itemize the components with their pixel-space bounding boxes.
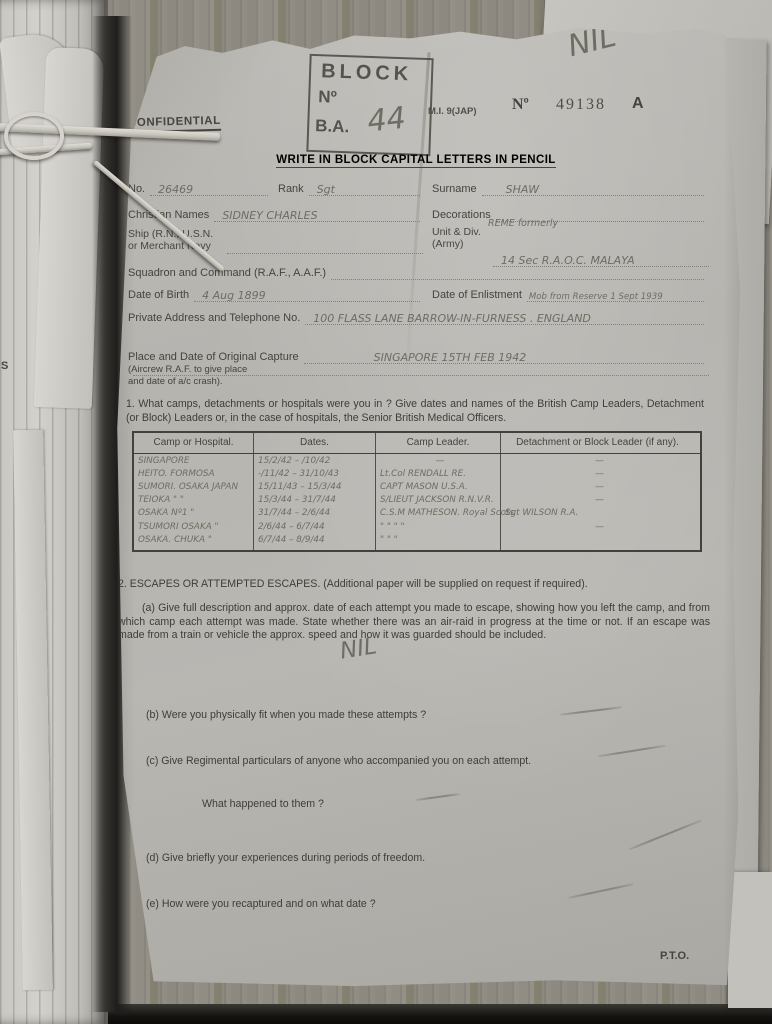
- q2b-text: (b) Were you physically fit when you mad…: [146, 709, 426, 723]
- under-sheet-bottom-right: [728, 872, 772, 1008]
- stamp-number-handwritten: 44: [366, 101, 408, 140]
- block-leader-cell: —: [505, 468, 694, 481]
- q2a-text: (a) Give full description and approx. da…: [118, 602, 710, 643]
- field-decorations: Decorations: [432, 206, 704, 222]
- block-leader-cell: —: [505, 481, 694, 494]
- leader-cell: S/LIEUT JACKSON R.N.V.R.: [380, 494, 500, 507]
- dates-cell: 6/7/44 – 8/9/44: [258, 534, 375, 547]
- column-leaders: — Lt.Col RENDALL RE. CAPT MASON U.S.A. S…: [376, 454, 501, 550]
- decorations-label: Decorations: [432, 209, 491, 222]
- header-camp-leader: Camp Leader.: [376, 433, 501, 453]
- q1-text: 1. What camps, detachments or hospitals …: [126, 398, 704, 425]
- unit-note-handwritten: REME formerly: [488, 218, 558, 229]
- surname-value-handwritten: SHAW: [506, 183, 539, 196]
- dates-cell: 15/2/42 – /10/42: [258, 455, 375, 468]
- field-address: Private Address and Telephone No. 100 FL…: [128, 309, 704, 325]
- pencil-stroke-c: [598, 745, 665, 758]
- unit-label: Unit & Div. (Army): [432, 226, 481, 251]
- capture-label: Place and Date of Original Capture: [128, 351, 299, 364]
- squadron-label: Squadron and Command (R.A.F., A.A.F.): [128, 267, 326, 280]
- dates-cell: 15/3/44 – 31/7/44: [258, 494, 375, 507]
- leader-cell: CAPT MASON U.S.A.: [380, 481, 500, 494]
- q2-heading: 2. ESCAPES OR ATTEMPTED ESCAPES. (Additi…: [118, 578, 708, 592]
- address-label: Private Address and Telephone No.: [128, 312, 300, 325]
- dates-cell: 31/7/44 – 2/6/44: [258, 507, 375, 520]
- squadron-line: [331, 264, 704, 280]
- pencil-stroke-e: [569, 883, 634, 899]
- camp-cell: HEITO. FORMOSA: [138, 468, 253, 481]
- header-camp-or-hospital: Camp or Hospital.: [134, 433, 254, 453]
- column-block-leaders: — — — — Sgt WILSON R.A. —: [501, 454, 694, 550]
- field-enlistment: Date of Enlistment Mob from Reserve 1 Se…: [432, 286, 704, 302]
- rank-line: Sgt: [309, 180, 420, 196]
- unit-label-line2: (Army): [432, 238, 481, 250]
- pto-label: P.T.O.: [660, 950, 689, 962]
- instruction-banner: WRITE IN BLOCK CAPITAL LETTERS IN PENCIL: [116, 150, 716, 168]
- camp-cell: SUMORI. OSAKA JAPAN: [138, 481, 253, 494]
- camp-cell: SINGAPORE: [138, 455, 253, 468]
- serial-letter: A: [632, 95, 644, 113]
- leader-cell: —: [380, 455, 500, 468]
- serial-no-label: Nº: [512, 96, 529, 114]
- column-dates: 15/2/42 – /10/42 -/11/42 – 31/10/43 15/1…: [254, 454, 376, 550]
- number-value-handwritten: 26469: [158, 183, 193, 196]
- dob-line: 4 Aug 1899: [194, 286, 420, 302]
- field-christian-names: Christian Names SIDNEY CHARLES: [128, 206, 420, 222]
- leader-cell: " " ": [380, 534, 500, 547]
- q2c-text: (c) Give Regimental particulars of anyon…: [146, 755, 531, 769]
- nil-answer-handwritten: NIL: [338, 633, 378, 664]
- instruction-text: WRITE IN BLOCK CAPITAL LETTERS IN PENCIL: [276, 154, 555, 168]
- mi9-jap-label: M.I. 9(JAP): [428, 106, 477, 117]
- serial-number: 49138: [556, 96, 606, 114]
- unit-label-line1: Unit & Div.: [432, 226, 481, 238]
- dates-cell: 2/6/44 – 6/7/44: [258, 521, 375, 534]
- field-number: No. 26469: [128, 180, 268, 196]
- camp-cell: TEIOKA " ": [138, 494, 253, 507]
- capture-note-line1: (Aircrew R.A.F. to give place: [128, 364, 247, 376]
- q2d-text: (d) Give briefly your experiences during…: [146, 852, 425, 866]
- stamp-ba-label: B.A.: [315, 116, 350, 137]
- twine-knot: [4, 112, 64, 160]
- pencil-stroke-d: [628, 819, 701, 850]
- address-value-handwritten: 100 FLASS LANE BARROW-IN-FURNESS . ENGLA…: [313, 312, 591, 325]
- leader-cell: Lt.Col RENDALL RE.: [380, 468, 500, 481]
- stack-page-text-fragment: S: [1, 360, 8, 372]
- ship-line: [227, 238, 423, 254]
- block-leader-cell: —: [505, 521, 694, 534]
- capture-note: (Aircrew R.A.F. to give place and date o…: [128, 364, 247, 387]
- block-number-stamp: BLOCK Nº B.A. 44: [306, 54, 433, 156]
- capture-value-handwritten: SINGAPORE 15TH FEB 1942: [374, 351, 527, 364]
- camps-table: Camp or Hospital. Dates. Camp Leader. De…: [132, 431, 702, 552]
- block-leader-cell: Sgt WILSON R.A.: [505, 507, 694, 520]
- column-camps: SINGAPORE HEITO. FORMOSA SUMORI. OSAKA J…: [134, 454, 254, 550]
- surname-label: Surname: [432, 183, 477, 196]
- camp-cell: OSAKA Nº1 ": [138, 507, 253, 520]
- capture-note-line2: and date of a/c crash).: [128, 376, 247, 388]
- pencil-stroke-b: [560, 706, 622, 716]
- capture-line: SINGAPORE 15TH FEB 1942: [304, 348, 704, 364]
- camp-cell: OSAKA. CHUKA ": [138, 534, 253, 547]
- camp-cell: TSUMORI OSAKA ": [138, 521, 253, 534]
- dob-value-handwritten: 4 Aug 1899: [202, 289, 265, 302]
- leader-cell: " " " ": [380, 521, 500, 534]
- stamp-no-label: Nº: [318, 87, 337, 108]
- leader-cell: C.S.M MATHESON. Royal Scots: [380, 507, 500, 520]
- stamp-word-block: BLOCK: [321, 60, 413, 86]
- q2e-text: (e) How were you recaptured and on what …: [146, 898, 376, 912]
- q2c2-text: What happened to them ?: [202, 798, 324, 812]
- enlistment-value-handwritten: Mob from Reserve 1 Sept 1939: [529, 292, 663, 302]
- surname-line: SHAW: [482, 180, 704, 196]
- christian-names-line: SIDNEY CHARLES: [214, 206, 420, 222]
- rank-label: Rank: [278, 183, 304, 196]
- header-detachment-leader: Detachment or Block Leader (if any).: [501, 433, 694, 453]
- number-line: 26469: [150, 180, 268, 196]
- address-line: 100 FLASS LANE BARROW-IN-FURNESS . ENGLA…: [305, 309, 704, 325]
- dob-label: Date of Birth: [128, 289, 189, 302]
- enlistment-label: Date of Enlistment: [432, 289, 522, 302]
- field-dob: Date of Birth 4 Aug 1899: [128, 286, 420, 302]
- header-dates: Dates.: [254, 433, 376, 453]
- field-capture: Place and Date of Original Capture SINGA…: [128, 348, 704, 364]
- stack-fold: [13, 430, 53, 990]
- field-surname: Surname SHAW: [432, 180, 704, 196]
- camps-table-body: SINGAPORE HEITO. FORMOSA SUMORI. OSAKA J…: [134, 454, 700, 550]
- block-leader-cell: —: [505, 455, 694, 468]
- enlistment-line: Mob from Reserve 1 Sept 1939: [527, 286, 704, 302]
- rank-value-handwritten: Sgt: [317, 183, 335, 196]
- camps-table-header: Camp or Hospital. Dates. Camp Leader. De…: [134, 433, 700, 454]
- field-rank: Rank Sgt: [278, 180, 420, 196]
- pencil-stroke-c2: [416, 793, 460, 801]
- christian-names-value-handwritten: SIDNEY CHARLES: [222, 209, 317, 222]
- form-page: c CONFIDENTIAL BLOCK Nº B.A. 44 M.I. 9(J…: [116, 22, 742, 988]
- dates-cell: 15/11/43 – 15/3/44: [258, 481, 375, 494]
- dates-cell: -/11/42 – 31/10/43: [258, 468, 375, 481]
- block-leader-cell: —: [505, 494, 694, 507]
